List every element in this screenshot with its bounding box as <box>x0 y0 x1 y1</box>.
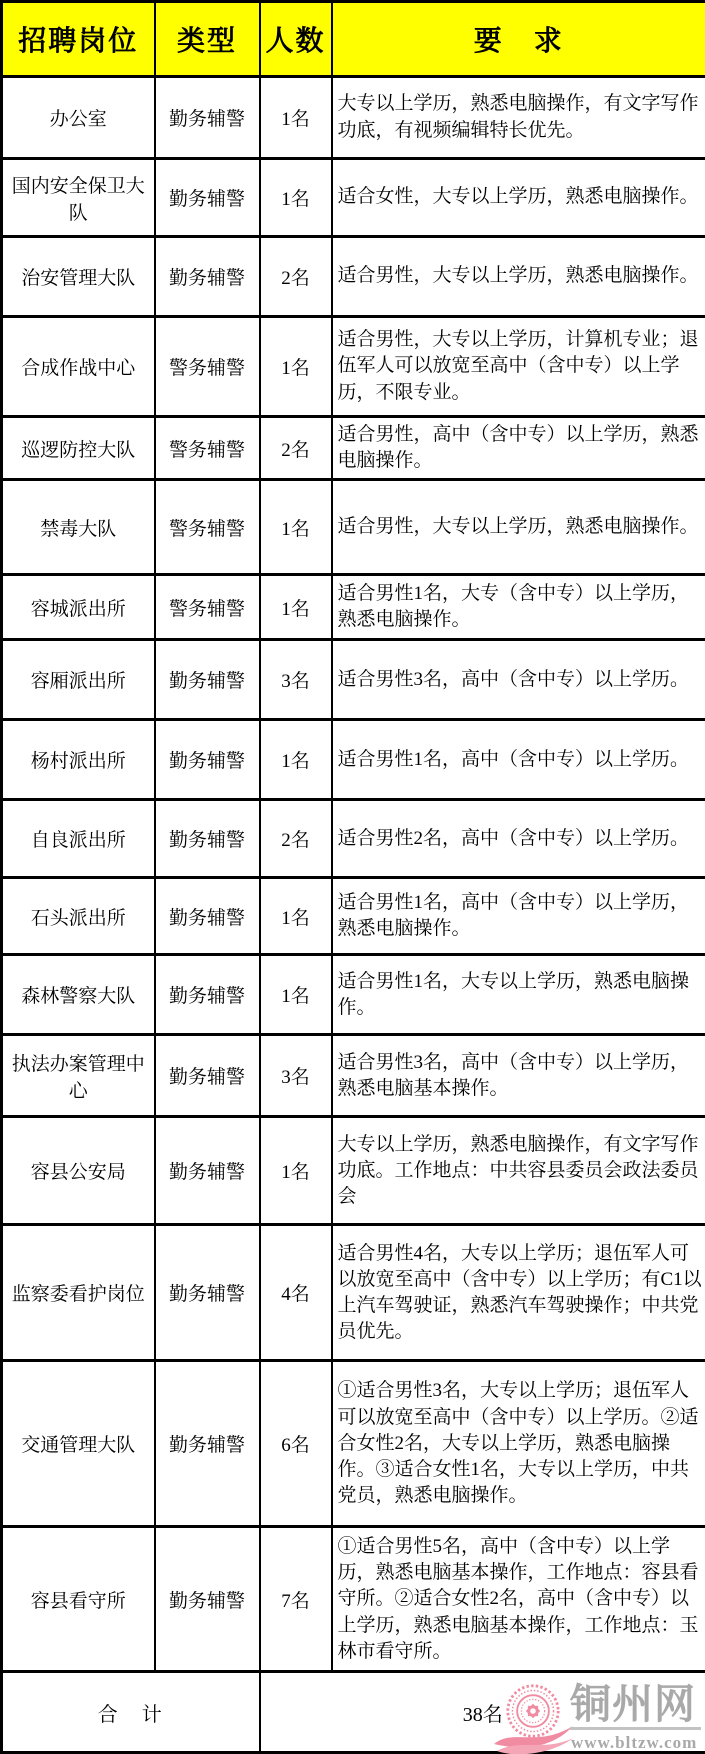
position-cell: 合成作战中心 <box>2 317 155 417</box>
count-cell: 1名 <box>260 878 332 955</box>
recruitment-table: 招聘岗位 类型 人数 要 求 办公室 勤务辅警 1名 大专以上学历，熟悉电脑操作… <box>0 0 705 1754</box>
requirement-cell: 适合男性，高中（含中专）以上学历，熟悉电脑操作。 <box>332 417 705 480</box>
position-cell: 杨村派出所 <box>2 720 155 800</box>
header-row: 招聘岗位 类型 人数 要 求 <box>2 2 705 77</box>
table-row: 巡逻防控大队 警务辅警 2名 适合男性，高中（含中专）以上学历，熟悉电脑操作。 <box>2 417 705 480</box>
type-cell: 勤务辅警 <box>155 1117 260 1225</box>
requirement-cell: 适合男性2名，高中（含中专）以上学历。 <box>332 800 705 878</box>
requirement-cell: 适合男性，大专以上学历，熟悉电脑操作。 <box>332 480 705 575</box>
count-cell: 2名 <box>260 237 332 317</box>
table-row: 禁毒大队 警务辅警 1名 适合男性，大专以上学历，熟悉电脑操作。 <box>2 480 705 575</box>
column-header-count: 人数 <box>260 2 332 77</box>
type-cell: 勤务辅警 <box>155 720 260 800</box>
table-row: 容城派出所 警务辅警 1名 适合男性1名，大专（含中专）以上学历，熟悉电脑操作。 <box>2 575 705 640</box>
requirement-cell: 适合女性，大专以上学历，熟悉电脑操作。 <box>332 159 705 237</box>
type-cell: 勤务辅警 <box>155 1527 260 1672</box>
requirement-cell: 适合男性1名，高中（含中专）以上学历。 <box>332 720 705 800</box>
type-cell: 勤务辅警 <box>155 800 260 878</box>
requirement-cell: 适合男性1名，大专以上学历，熟悉电脑操作。 <box>332 955 705 1035</box>
column-header-type: 类型 <box>155 2 260 77</box>
table-row: 杨村派出所 勤务辅警 1名 适合男性1名，高中（含中专）以上学历。 <box>2 720 705 800</box>
position-cell: 国内安全保卫大队 <box>2 159 155 237</box>
requirement-cell: 大专以上学历，熟悉电脑操作，有文字写作功底。工作地点：中共容县委员会政法委员会 <box>332 1117 705 1225</box>
type-cell: 勤务辅警 <box>155 1361 260 1527</box>
type-cell: 勤务辅警 <box>155 237 260 317</box>
total-label: 合 计 <box>2 1672 260 1753</box>
type-cell: 勤务辅警 <box>155 878 260 955</box>
table-row: 合成作战中心 警务辅警 1名 适合男性，大专以上学历，计算机专业；退伍军人可以放… <box>2 317 705 417</box>
type-cell: 勤务辅警 <box>155 77 260 159</box>
table-row: 容厢派出所 勤务辅警 3名 适合男性3名，高中（含中专）以上学历。 <box>2 640 705 720</box>
count-cell: 6名 <box>260 1361 332 1527</box>
type-cell: 勤务辅警 <box>155 1035 260 1117</box>
count-cell: 1名 <box>260 720 332 800</box>
table-row: 执法办案管理中心 勤务辅警 3名 适合男性3名，高中（含中专）以上学历，熟悉电脑… <box>2 1035 705 1117</box>
total-count: 38名 <box>260 1672 705 1753</box>
position-cell: 石头派出所 <box>2 878 155 955</box>
requirement-cell: ①适合男性3名，大专以上学历；退伍军人可以放宽至高中（含中专）以上学历。②适合女… <box>332 1361 705 1527</box>
type-cell: 警务辅警 <box>155 417 260 480</box>
count-cell: 1名 <box>260 159 332 237</box>
requirement-cell: 适合男性3名，高中（含中专）以上学历。 <box>332 640 705 720</box>
position-cell: 容厢派出所 <box>2 640 155 720</box>
table-row: 交通管理大队 勤务辅警 6名 ①适合男性3名，大专以上学历；退伍军人可以放宽至高… <box>2 1361 705 1527</box>
position-cell: 自良派出所 <box>2 800 155 878</box>
total-row: 合 计 38名 <box>2 1672 705 1753</box>
count-cell: 2名 <box>260 417 332 480</box>
position-cell: 巡逻防控大队 <box>2 417 155 480</box>
requirement-cell: 适合男性3名，高中（含中专）以上学历，熟悉电脑基本操作。 <box>332 1035 705 1117</box>
requirement-cell: 适合男性，大专以上学历，计算机专业；退伍军人可以放宽至高中（含中专）以上学历，不… <box>332 317 705 417</box>
count-cell: 1名 <box>260 955 332 1035</box>
position-cell: 办公室 <box>2 77 155 159</box>
table-row: 治安管理大队 勤务辅警 2名 适合男性，大专以上学历，熟悉电脑操作。 <box>2 237 705 317</box>
requirement-cell: 大专以上学历，熟悉电脑操作，有文字写作功底，有视频编辑特长优先。 <box>332 77 705 159</box>
requirement-cell: ①适合男性5名，高中（含中专）以上学历，熟悉电脑基本操作，工作地点：容县看守所。… <box>332 1527 705 1672</box>
count-cell: 1名 <box>260 77 332 159</box>
type-cell: 勤务辅警 <box>155 955 260 1035</box>
position-cell: 容县公安局 <box>2 1117 155 1225</box>
table-row: 办公室 勤务辅警 1名 大专以上学历，熟悉电脑操作，有文字写作功底，有视频编辑特… <box>2 77 705 159</box>
table-row: 容县公安局 勤务辅警 1名 大专以上学历，熟悉电脑操作，有文字写作功底。工作地点… <box>2 1117 705 1225</box>
position-cell: 执法办案管理中心 <box>2 1035 155 1117</box>
requirement-cell: 适合男性1名，大专（含中专）以上学历，熟悉电脑操作。 <box>332 575 705 640</box>
type-cell: 警务辅警 <box>155 480 260 575</box>
type-cell: 警务辅警 <box>155 317 260 417</box>
table-row: 石头派出所 勤务辅警 1名 适合男性1名，高中（含中专）以上学历，熟悉电脑操作。 <box>2 878 705 955</box>
count-cell: 1名 <box>260 1117 332 1225</box>
type-cell: 勤务辅警 <box>155 159 260 237</box>
count-cell: 1名 <box>260 480 332 575</box>
count-cell: 3名 <box>260 640 332 720</box>
type-cell: 警务辅警 <box>155 575 260 640</box>
column-header-requirement: 要 求 <box>332 2 705 77</box>
position-cell: 治安管理大队 <box>2 237 155 317</box>
requirement-cell: 适合男性4名，大专以上学历；退伍军人可以放宽至高中（含中专）以上学历；有C1以上… <box>332 1225 705 1361</box>
table-row: 自良派出所 勤务辅警 2名 适合男性2名，高中（含中专）以上学历。 <box>2 800 705 878</box>
position-cell: 容城派出所 <box>2 575 155 640</box>
position-cell: 森林警察大队 <box>2 955 155 1035</box>
requirement-cell: 适合男性1名，高中（含中专）以上学历，熟悉电脑操作。 <box>332 878 705 955</box>
table-row: 监察委看护岗位 勤务辅警 4名 适合男性4名，大专以上学历；退伍军人可以放宽至高… <box>2 1225 705 1361</box>
position-cell: 监察委看护岗位 <box>2 1225 155 1361</box>
position-cell: 容县看守所 <box>2 1527 155 1672</box>
position-cell: 禁毒大队 <box>2 480 155 575</box>
type-cell: 勤务辅警 <box>155 1225 260 1361</box>
count-cell: 1名 <box>260 575 332 640</box>
count-cell: 7名 <box>260 1527 332 1672</box>
count-cell: 1名 <box>260 317 332 417</box>
type-cell: 勤务辅警 <box>155 640 260 720</box>
count-cell: 2名 <box>260 800 332 878</box>
column-header-position: 招聘岗位 <box>2 2 155 77</box>
table-row: 国内安全保卫大队 勤务辅警 1名 适合女性，大专以上学历，熟悉电脑操作。 <box>2 159 705 237</box>
table-row: 容县看守所 勤务辅警 7名 ①适合男性5名，高中（含中专）以上学历，熟悉电脑基本… <box>2 1527 705 1672</box>
requirement-cell: 适合男性，大专以上学历，熟悉电脑操作。 <box>332 237 705 317</box>
table-row: 森林警察大队 勤务辅警 1名 适合男性1名，大专以上学历，熟悉电脑操作。 <box>2 955 705 1035</box>
position-cell: 交通管理大队 <box>2 1361 155 1527</box>
count-cell: 4名 <box>260 1225 332 1361</box>
recruitment-notice-page: 招聘岗位 类型 人数 要 求 办公室 勤务辅警 1名 大专以上学历，熟悉电脑操作… <box>0 0 705 1754</box>
count-cell: 3名 <box>260 1035 332 1117</box>
